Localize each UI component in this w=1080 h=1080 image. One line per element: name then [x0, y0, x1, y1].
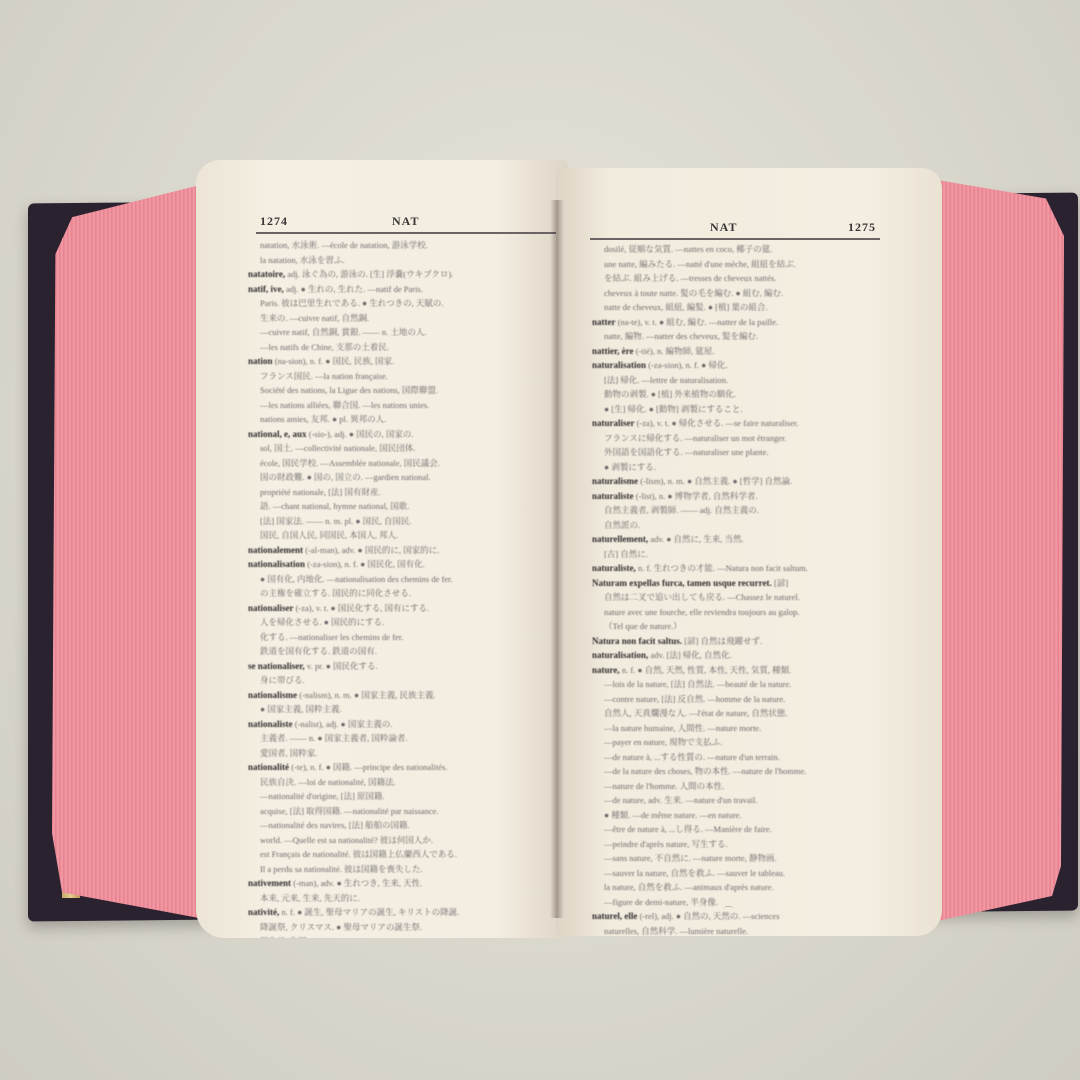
entry-text: (-al-man), adv. ● 国民的に, 国家的に. — [305, 545, 439, 555]
entry-text: Société des nations, la Ligue des nation… — [260, 385, 438, 395]
entry-headword: se nationaliser, — [248, 661, 307, 671]
entry-text: 外国語を国語化する. —naturaliser une plante. — [604, 447, 769, 457]
entry-line: ● 国家主義, 国粋主義. — [248, 702, 560, 717]
entry-line: 主義者. —— n. ● 国家主義者, 国粋論者. — [248, 731, 560, 746]
entry-text: cheveux à toute natte. 髪の毛を編む. ● 組む, 編む. — [604, 288, 783, 298]
entry-text: ● 国有化, 内地化. —nationalisation des chemins… — [260, 574, 453, 584]
entry-headword: nativement — [248, 878, 293, 888]
entry-text: —les natifs de Chine, 支那の土着民. — [260, 342, 389, 352]
entry-line: nativement (-man), adv. ● 生れつき, 生来, 天性. — [248, 876, 560, 891]
entry-line: —les natifs de Chine, 支那の土着民. — [248, 340, 560, 355]
book-gutter — [550, 200, 564, 918]
entry-line: nature, n. f. ● 自然, 天然, 性質, 本性, 天性, 気質, … — [592, 663, 888, 678]
entry-line: フランス国民. —la nation française. — [248, 369, 560, 384]
entry-line: dosilé, 従順な気質. —nattes en coco, 椰子の筵. — [592, 242, 888, 257]
entry-line: Naturam expellas furca, tamen usque recu… — [592, 576, 888, 591]
entry-text: [法] 国家法. —— n. m. pl. ● 国民, 自国民. — [260, 516, 412, 526]
entry-text: を結ぶ. 組み上げる. —tresses de cheveux nattés. — [604, 273, 776, 283]
entry-headword: nation — [248, 356, 275, 366]
entry-line: nattier, ère (-tié), n. 編物師, 筵屋. — [592, 344, 888, 359]
entry-text: adv. [法] 帰化, 自然化. — [651, 650, 732, 660]
entry-text: —peindre d'après nature, 写生する. — [604, 839, 728, 849]
entry-text: (-za-sion), n. f. ● 国民化, 国有化. — [307, 559, 425, 569]
entry-text: natte, 編物. —natter des cheveux, 髪を編む. — [604, 331, 758, 341]
entry-headword: nattier, ère — [592, 346, 636, 356]
entry-text: ● 国家主義, 国粋主義. — [260, 704, 342, 714]
entry-text: 鉄道を国有化する. 鉄道の国有. — [260, 646, 377, 656]
entry-line: 生来の. —cuivre natif, 自然銅. — [248, 311, 560, 326]
entry-line: —être de nature à, ...し得る. —Manière de f… — [592, 822, 888, 837]
entry-line: cheveux à toute natte. 髪の毛を編む. ● 組む, 編む. — [592, 286, 888, 301]
right-page: NAT 1275 dosilé, 従順な気質. —nattes en coco,… — [556, 168, 942, 936]
entry-line: nativité, n. f. ● 誕生, 聖母マリアの誕生, キリストの降誕. — [248, 905, 560, 920]
entry-text: naturelles, 自然科学. —lumière naturelle. — [604, 926, 748, 936]
entry-line: nationaliste (-nalist), adj. ● 国家主義の. — [248, 717, 560, 732]
entry-text: 国の財政難. ● 国の, 国立の. —gardien national. — [260, 472, 431, 482]
entry-line: —payer en nature, 現物で支払ふ. — [592, 735, 888, 750]
entry-text: (-list), n. ● 博物学者, 自然科学者. — [636, 491, 758, 501]
entry-text: [法] 帰化. —lettre de naturalisation. — [604, 375, 728, 385]
entry-line: 鉄道を国有化する. 鉄道の国有. — [248, 644, 560, 659]
entry-text: 語. —chant national, hymne national, 国歌. — [260, 501, 409, 511]
entry-line: —nationalité d'origine, [法] 原国籍. — [248, 789, 560, 804]
entry-text: une natte, 編みたる. —natté d'une mèche, 組紐を… — [604, 259, 796, 269]
right-running-head: NAT — [710, 220, 737, 235]
entry-text: （Tel que de nature.） — [604, 621, 682, 631]
entry-text: (-tié), n. 編物師, 筵屋. — [636, 346, 715, 356]
entry-text: ● [生] 帰化. ● [動物] 剥製にすること. — [604, 404, 742, 414]
entry-line: ● 剥製にする. — [592, 460, 888, 475]
entry-line: world. —Quelle est sa nationalité? 彼は何国人… — [248, 833, 560, 848]
entry-line: 外国語を国語化する. —naturaliser une plante. — [592, 445, 888, 460]
entry-line: 本来, 元来, 生来, 先天的に. — [248, 891, 560, 906]
entry-line: naturaliste (-list), n. ● 博物学者, 自然科学者. — [592, 489, 888, 504]
entry-line: sol, 国土. —collectivité nationale, 国民団体. — [248, 441, 560, 456]
entry-text: [諺] — [774, 578, 788, 588]
entry-text: adj. ● 生れの, 生れた. —natif de Paris. — [286, 284, 423, 294]
entry-line: 国の財政難. ● 国の, 国立の. —gardien national. — [248, 470, 560, 485]
entry-text: est Français de nationalité. 彼は国籍上仏蘭西人であ… — [260, 849, 457, 859]
entry-text: [諺] 自然は飛躍せず. — [684, 636, 762, 646]
entry-line: propriété nationale, [法] 国有財産. — [248, 485, 560, 500]
entry-line: une natte, 編みたる. —natté d'une mèche, 組紐を… — [592, 257, 888, 272]
entry-line: naturelles, 自然科学. —lumière naturelle. — [592, 924, 888, 937]
entry-headword: Natura non facit saltus. — [592, 636, 684, 646]
right-page-number: 1275 — [848, 220, 876, 235]
entry-line: naturalisme (-lism), n. m. ● 自然主義. ● [哲学… — [592, 474, 888, 489]
entry-text: 国民, 自国人民, 同国民, 本国人, 邦人. — [260, 530, 398, 540]
entry-headword: national, e, aux — [248, 429, 309, 439]
entry-line: 身に帯びる. — [248, 673, 560, 688]
entry-headword: nativité, — [248, 907, 282, 917]
entry-line: 自然派の. — [592, 518, 888, 533]
entry-headword: Naturam expellas furca, tamen usque recu… — [592, 578, 774, 588]
entry-headword: naturaliser — [592, 418, 637, 428]
entry-line: nationaliser (-za), v. t. ● 国民化する, 国有にする… — [248, 601, 560, 616]
entry-text: (na-sion), n. f. ● 国民, 民族, 国家. — [275, 356, 394, 366]
entry-line: —nature de l'homme. 人間の本性. — [592, 779, 888, 794]
entry-line: la natation, 水泳を習ふ. — [248, 253, 560, 268]
entry-text: —cuivre natif, 自然銅, 賞銀. —— n. 土地の人. — [260, 327, 426, 337]
entry-headword: naturalisation — [592, 360, 648, 370]
entry-text: 化する. —nationaliser les chemins de fer. — [260, 632, 403, 642]
left-running-head: NAT — [392, 214, 419, 229]
entry-line: Il a perdu sa nationalité. 彼は国籍を喪失した. — [248, 862, 560, 877]
entry-text: sol, 国土. —collectivité nationale, 国民団体. — [260, 443, 415, 453]
entry-headword: nationaliser — [248, 603, 296, 613]
entry-text: n. f. 生れつきの才能. —Natura non facit saltum. — [638, 563, 808, 573]
entry-line: ● [生] 帰化. ● [動物] 剥製にすること. — [592, 402, 888, 417]
entry-text: 生来の. —cuivre natif, 自然銅. — [260, 313, 369, 323]
entry-text: ● 種類. —de même nature. —en nature. — [604, 810, 742, 820]
entry-text: —sauver la nature, 自然を救ふ. —sauver le tab… — [604, 868, 785, 878]
entry-line: nationalité (-te), n. f. ● 国籍. —principe… — [248, 760, 560, 775]
entry-line: の主権を確立する. 国民的に同化させる. — [248, 586, 560, 601]
entry-line: —peindre d'après nature, 写生する. — [592, 837, 888, 852]
entry-text: —de la nature des choses, 物の本性. —nature … — [604, 766, 806, 776]
entry-line: 化する. —nationaliser les chemins de fer. — [248, 630, 560, 645]
entry-line: Société des nations, la Ligue des nation… — [248, 383, 560, 398]
header-rule — [590, 238, 880, 240]
entry-text: —figure de demi-nature, 半身像. — [604, 897, 718, 907]
entry-headword: naturalisme — [592, 476, 640, 486]
entry-line: naturalisation (-za-sion), n. f. ● 帰化. — [592, 358, 888, 373]
dictionary-entries: dosilé, 従順な気質. —nattes en coco, 椰子の筵.une… — [592, 242, 888, 936]
entry-text: natte de cheveux, 組紐, 編髪. ● [植] 葉の組合. — [604, 302, 768, 312]
entry-text: v. pr. ● 国民化する. — [307, 661, 378, 671]
entry-line: [古] 自然に. — [592, 547, 888, 562]
entry-text: —sans nature, 不自然に. —nature morte, 静物画. — [604, 853, 777, 863]
entry-line: （Tel que de nature.） — [592, 619, 888, 634]
entry-headword: nationalité — [248, 762, 291, 772]
entry-line: 誕生日, 生誕. — [248, 934, 560, 938]
entry-headword: natif, ive, — [248, 284, 286, 294]
entry-text: (-za), v. t. ● 国民化する, 国有にする. — [296, 603, 429, 613]
entry-line: national, e, aux (-sio-), adj. ● 国民の, 国家… — [248, 427, 560, 442]
entry-text: 自然主義者, 剥製師. —— adj. 自然主義の. — [604, 505, 759, 515]
entry-headword: naturalisation, — [592, 650, 651, 660]
entry-text: Il a perdu sa nationalité. 彼は国籍を喪失した. — [260, 864, 423, 874]
entry-text: 誕生日, 生誕. — [260, 936, 309, 938]
entry-text: —être de nature à, ...し得る. —Manière de f… — [604, 824, 772, 834]
entry-text: 降誕祭, クリスマス. ● 聖母マリアの誕生祭. — [260, 922, 422, 932]
entry-text: (-te), n. f. ● 国籍. —principe des nationa… — [291, 762, 447, 772]
entry-line: 自然人, 天真爛漫な人. —l'état de nature, 自然状態. — [592, 706, 888, 721]
entry-text: フランスに帰化する. —naturaliser un mot étranger. — [604, 433, 786, 443]
entry-text: n. f. ● 自然, 天然, 性質, 本性, 天性, 気質, 種類. — [622, 665, 791, 675]
entry-text: (-nalism), n. m. ● 国家主義, 民族主義. — [299, 690, 435, 700]
page-footer-mark: ⌒ — [724, 904, 733, 917]
entry-text: la nature, 自然を救ふ. —animaux d'après natur… — [604, 882, 774, 892]
entry-line: —de nature, adv. 生来. —nature d'un travai… — [592, 793, 888, 808]
entry-line: 自然主義者, 剥製師. —— adj. 自然主義の. — [592, 503, 888, 518]
entry-line: nation (na-sion), n. f. ● 国民, 民族, 国家. — [248, 354, 560, 369]
entry-line: [法] 国家法. —— n. m. pl. ● 国民, 自国民. — [248, 514, 560, 529]
entry-headword: naturel, elle — [592, 911, 640, 921]
entry-line: natter (na-te), v. t. ● 組む, 編む. —natter … — [592, 315, 888, 330]
entry-headword: naturellement, — [592, 534, 650, 544]
entry-text: フランス国民. —la nation française. — [260, 371, 388, 381]
entry-text: (-sio-), adj. ● 国民の, 国家の. — [309, 429, 414, 439]
entry-line: naturaliste, n. f. 生れつきの才能. —Natura non … — [592, 561, 888, 576]
entry-text: école, 国民学校. —Assemblée nationale, 国民議会. — [260, 458, 440, 468]
entry-text: 本来, 元来, 生来, 先天的に. — [260, 893, 360, 903]
entry-text: [古] 自然に. — [604, 549, 648, 559]
entry-line: natif, ive, adj. ● 生れの, 生れた. —natif de P… — [248, 282, 560, 297]
entry-text: —de nature à, ...する性質の. —nature d'un ter… — [604, 752, 780, 762]
entry-text: Paris. 彼は巴里生れである. ● 生れつきの, 天賦の. — [260, 298, 443, 308]
header-rule — [256, 232, 556, 234]
entry-line: 語. —chant national, hymne national, 国歌. — [248, 499, 560, 514]
entry-text: —nature de l'homme. 人間の本性. — [604, 781, 724, 791]
entry-line: 国民, 自国人民, 同国民, 本国人, 邦人. — [248, 528, 560, 543]
entry-text: (-lism), n. m. ● 自然主義. ● [哲学] 自然論. — [640, 476, 792, 486]
entry-text: (-rel), adj. ● 自然の, 天然の. —sciences — [640, 911, 780, 921]
entry-text: natation, 水泳術. —école de natation, 游泳学校. — [260, 240, 428, 250]
entry-text: 動物の剥製. ● [植] 外来植物の馴化. — [604, 389, 736, 399]
entry-text: dosilé, 従順な気質. —nattes en coco, 椰子の筵. — [604, 244, 772, 254]
entry-text: propriété nationale, [法] 国有財産. — [260, 487, 381, 497]
left-page-number: 1274 — [260, 214, 288, 229]
entry-text: nature avec une fourche, elle reviendra … — [604, 607, 799, 617]
entry-line: 降誕祭, クリスマス. ● 聖母マリアの誕生祭. — [248, 920, 560, 935]
entry-text: (-za), v. t. ● 帰化させる. —se faire naturali… — [637, 418, 799, 428]
entry-text: 人を帰化させる. ● 国民的にする. — [260, 617, 384, 627]
entry-line: natte de cheveux, 組紐, 編髪. ● [植] 葉の組合. — [592, 300, 888, 315]
entry-line: —figure de demi-nature, 半身像. — [592, 895, 888, 910]
entry-line: nationalement (-al-man), adv. ● 国民的に, 国家… — [248, 543, 560, 558]
entry-text: —de nature, adv. 生来. —nature d'un travai… — [604, 795, 757, 805]
entry-text: —nationalité d'origine, [法] 原国籍. — [260, 791, 385, 801]
entry-line: 人を帰化させる. ● 国民的にする. — [248, 615, 560, 630]
entry-line: naturaliser (-za), v. t. ● 帰化させる. —se fa… — [592, 416, 888, 431]
entry-line: —sauver la nature, 自然を救ふ. —sauver le tab… — [592, 866, 888, 881]
entry-headword: nationalisation — [248, 559, 307, 569]
entry-line: —les nations alliées, 聯合国. —les nations … — [248, 398, 560, 413]
entry-line: [法] 帰化. —lettre de naturalisation. — [592, 373, 888, 388]
entry-line: ● 国有化, 内地化. —nationalisation des chemins… — [248, 572, 560, 587]
entry-text: —contre nature, [法] 反自然. —homme de la na… — [604, 694, 785, 704]
entry-text: —payer en nature, 現物で支払ふ. — [604, 737, 722, 747]
entry-text: の主権を確立する. 国民的に同化させる. — [260, 588, 411, 598]
entry-line: ● 種類. —de même nature. —en nature. — [592, 808, 888, 823]
entry-line: 自然は二叉で追い出しても戻る. —Chassez le naturel. — [592, 590, 888, 605]
entry-line: naturellement, adv. ● 自然に, 生来, 当然. — [592, 532, 888, 547]
entry-text: 自然派の. — [604, 520, 640, 530]
entry-text: ● 剥製にする. — [604, 462, 656, 472]
entry-line: —sans nature, 不自然に. —nature morte, 静物画. — [592, 851, 888, 866]
entry-text: —lois de la nature, [法] 自然法. —beauté de … — [604, 679, 791, 689]
entry-text: —la nature humaine, 人間性. —nature morte. — [604, 723, 761, 733]
entry-text: nations amies, 友邦. ● pl. 異邦の人. — [260, 414, 386, 424]
entry-text: 自然人, 天真爛漫な人. —l'état de nature, 自然状態. — [604, 708, 788, 718]
entry-line: Paris. 彼は巴里生れである. ● 生れつきの, 天賦の. — [248, 296, 560, 311]
entry-line: natte, 編物. —natter des cheveux, 髪を編む. — [592, 329, 888, 344]
entry-text: —nationalité des navires, [法] 船舶の国籍. — [260, 820, 410, 830]
entry-line: natatoire, adj. 泳ぐ為の, 游泳の. [生] 浮嚢(ウキブクロ)… — [248, 267, 560, 282]
entry-text: la natation, 水泳を習ふ. — [260, 255, 345, 265]
entry-text: world. —Quelle est sa nationalité? 彼は何国人… — [260, 835, 433, 845]
dictionary-entries: natation, 水泳術. —école de natation, 游泳学校.… — [248, 238, 560, 938]
entry-line: nature avec une fourche, elle reviendra … — [592, 605, 888, 620]
entry-text: acquise, [法] 取得国籍. —nationalité par nais… — [260, 806, 438, 816]
entry-line: Natura non facit saltus. [諺] 自然は飛躍せず. — [592, 634, 888, 649]
entry-line: —de la nature des choses, 物の本性. —nature … — [592, 764, 888, 779]
entry-headword: natatoire, — [248, 269, 287, 279]
entry-line: nations amies, 友邦. ● pl. 異邦の人. — [248, 412, 560, 427]
entry-line: フランスに帰化する. —naturaliser un mot étranger. — [592, 431, 888, 446]
entry-headword: nationalisme — [248, 690, 299, 700]
entry-headword: natter — [592, 317, 618, 327]
entry-line: naturalisation, adv. [法] 帰化, 自然化. — [592, 648, 888, 663]
entry-line: acquise, [法] 取得国籍. —nationalité par nais… — [248, 804, 560, 819]
entry-line: la nature, 自然を救ふ. —animaux d'après natur… — [592, 880, 888, 895]
entry-headword: naturaliste — [592, 491, 636, 501]
entry-text: (na-te), v. t. ● 組む, 編む. —natter de la p… — [618, 317, 779, 327]
entry-line: est Français de nationalité. 彼は国籍上仏蘭西人であ… — [248, 847, 560, 862]
entry-line: を結ぶ. 組み上げる. —tresses de cheveux nattés. — [592, 271, 888, 286]
entry-text: 身に帯びる. — [260, 675, 305, 685]
entry-text: —les nations alliées, 聯合国. —les nations … — [260, 400, 429, 410]
entry-line: —lois de la nature, [法] 自然法. —beauté de … — [592, 677, 888, 692]
entry-line: —contre nature, [法] 反自然. —homme de la na… — [592, 692, 888, 707]
entry-line: natation, 水泳術. —école de natation, 游泳学校. — [248, 238, 560, 253]
entry-text: (-man), adv. ● 生れつき, 生来, 天性. — [293, 878, 422, 888]
entry-text: 主義者. —— n. ● 国家主義者, 国粋論者. — [260, 733, 408, 743]
entry-line: nationalisme (-nalism), n. m. ● 国家主義, 民族… — [248, 688, 560, 703]
entry-line: 動物の剥製. ● [植] 外来植物の馴化. — [592, 387, 888, 402]
entry-text: (-nalist), adj. ● 国家主義の. — [295, 719, 393, 729]
entry-text: (-za-sion), n. f. ● 帰化. — [648, 360, 727, 370]
entry-line: école, 国民学校. —Assemblée nationale, 国民議会. — [248, 456, 560, 471]
entry-headword: nationalement — [248, 545, 305, 555]
entry-line: 愛国者, 国粋家. — [248, 746, 560, 761]
entry-headword: naturaliste, — [592, 563, 638, 573]
entry-headword: nationaliste — [248, 719, 295, 729]
entry-line: —nationalité des navires, [法] 船舶の国籍. — [248, 818, 560, 833]
entry-text: adv. ● 自然に, 生来, 当然. — [650, 534, 743, 544]
entry-line: se nationaliser, v. pr. ● 国民化する. — [248, 659, 560, 674]
entry-line: nationalisation (-za-sion), n. f. ● 国民化,… — [248, 557, 560, 572]
entry-text: adj. 泳ぐ為の, 游泳の. [生] 浮嚢(ウキブクロ). — [287, 269, 453, 279]
left-page: 1274 NAT natation, 水泳術. —école de natati… — [196, 160, 568, 938]
entry-text: 愛国者, 国粋家. — [260, 748, 317, 758]
entry-text: 民族自決. —loi de nationalité, 国籍法. — [260, 777, 396, 787]
entry-line: naturel, elle (-rel), adj. ● 自然の, 天然の. —… — [592, 909, 888, 924]
entry-text: n. f. ● 誕生, 聖母マリアの誕生, キリストの降誕. — [282, 907, 460, 917]
entry-line: —la nature humaine, 人間性. —nature morte. — [592, 721, 888, 736]
entry-text: 自然は二叉で追い出しても戻る. —Chassez le naturel. — [604, 592, 800, 602]
entry-headword: nature, — [592, 665, 622, 675]
page-edges-left — [52, 180, 220, 922]
entry-line: —cuivre natif, 自然銅, 賞銀. —— n. 土地の人. — [248, 325, 560, 340]
entry-line: —de nature à, ...する性質の. —nature d'un ter… — [592, 750, 888, 765]
entry-line: 民族自決. —loi de nationalité, 国籍法. — [248, 775, 560, 790]
